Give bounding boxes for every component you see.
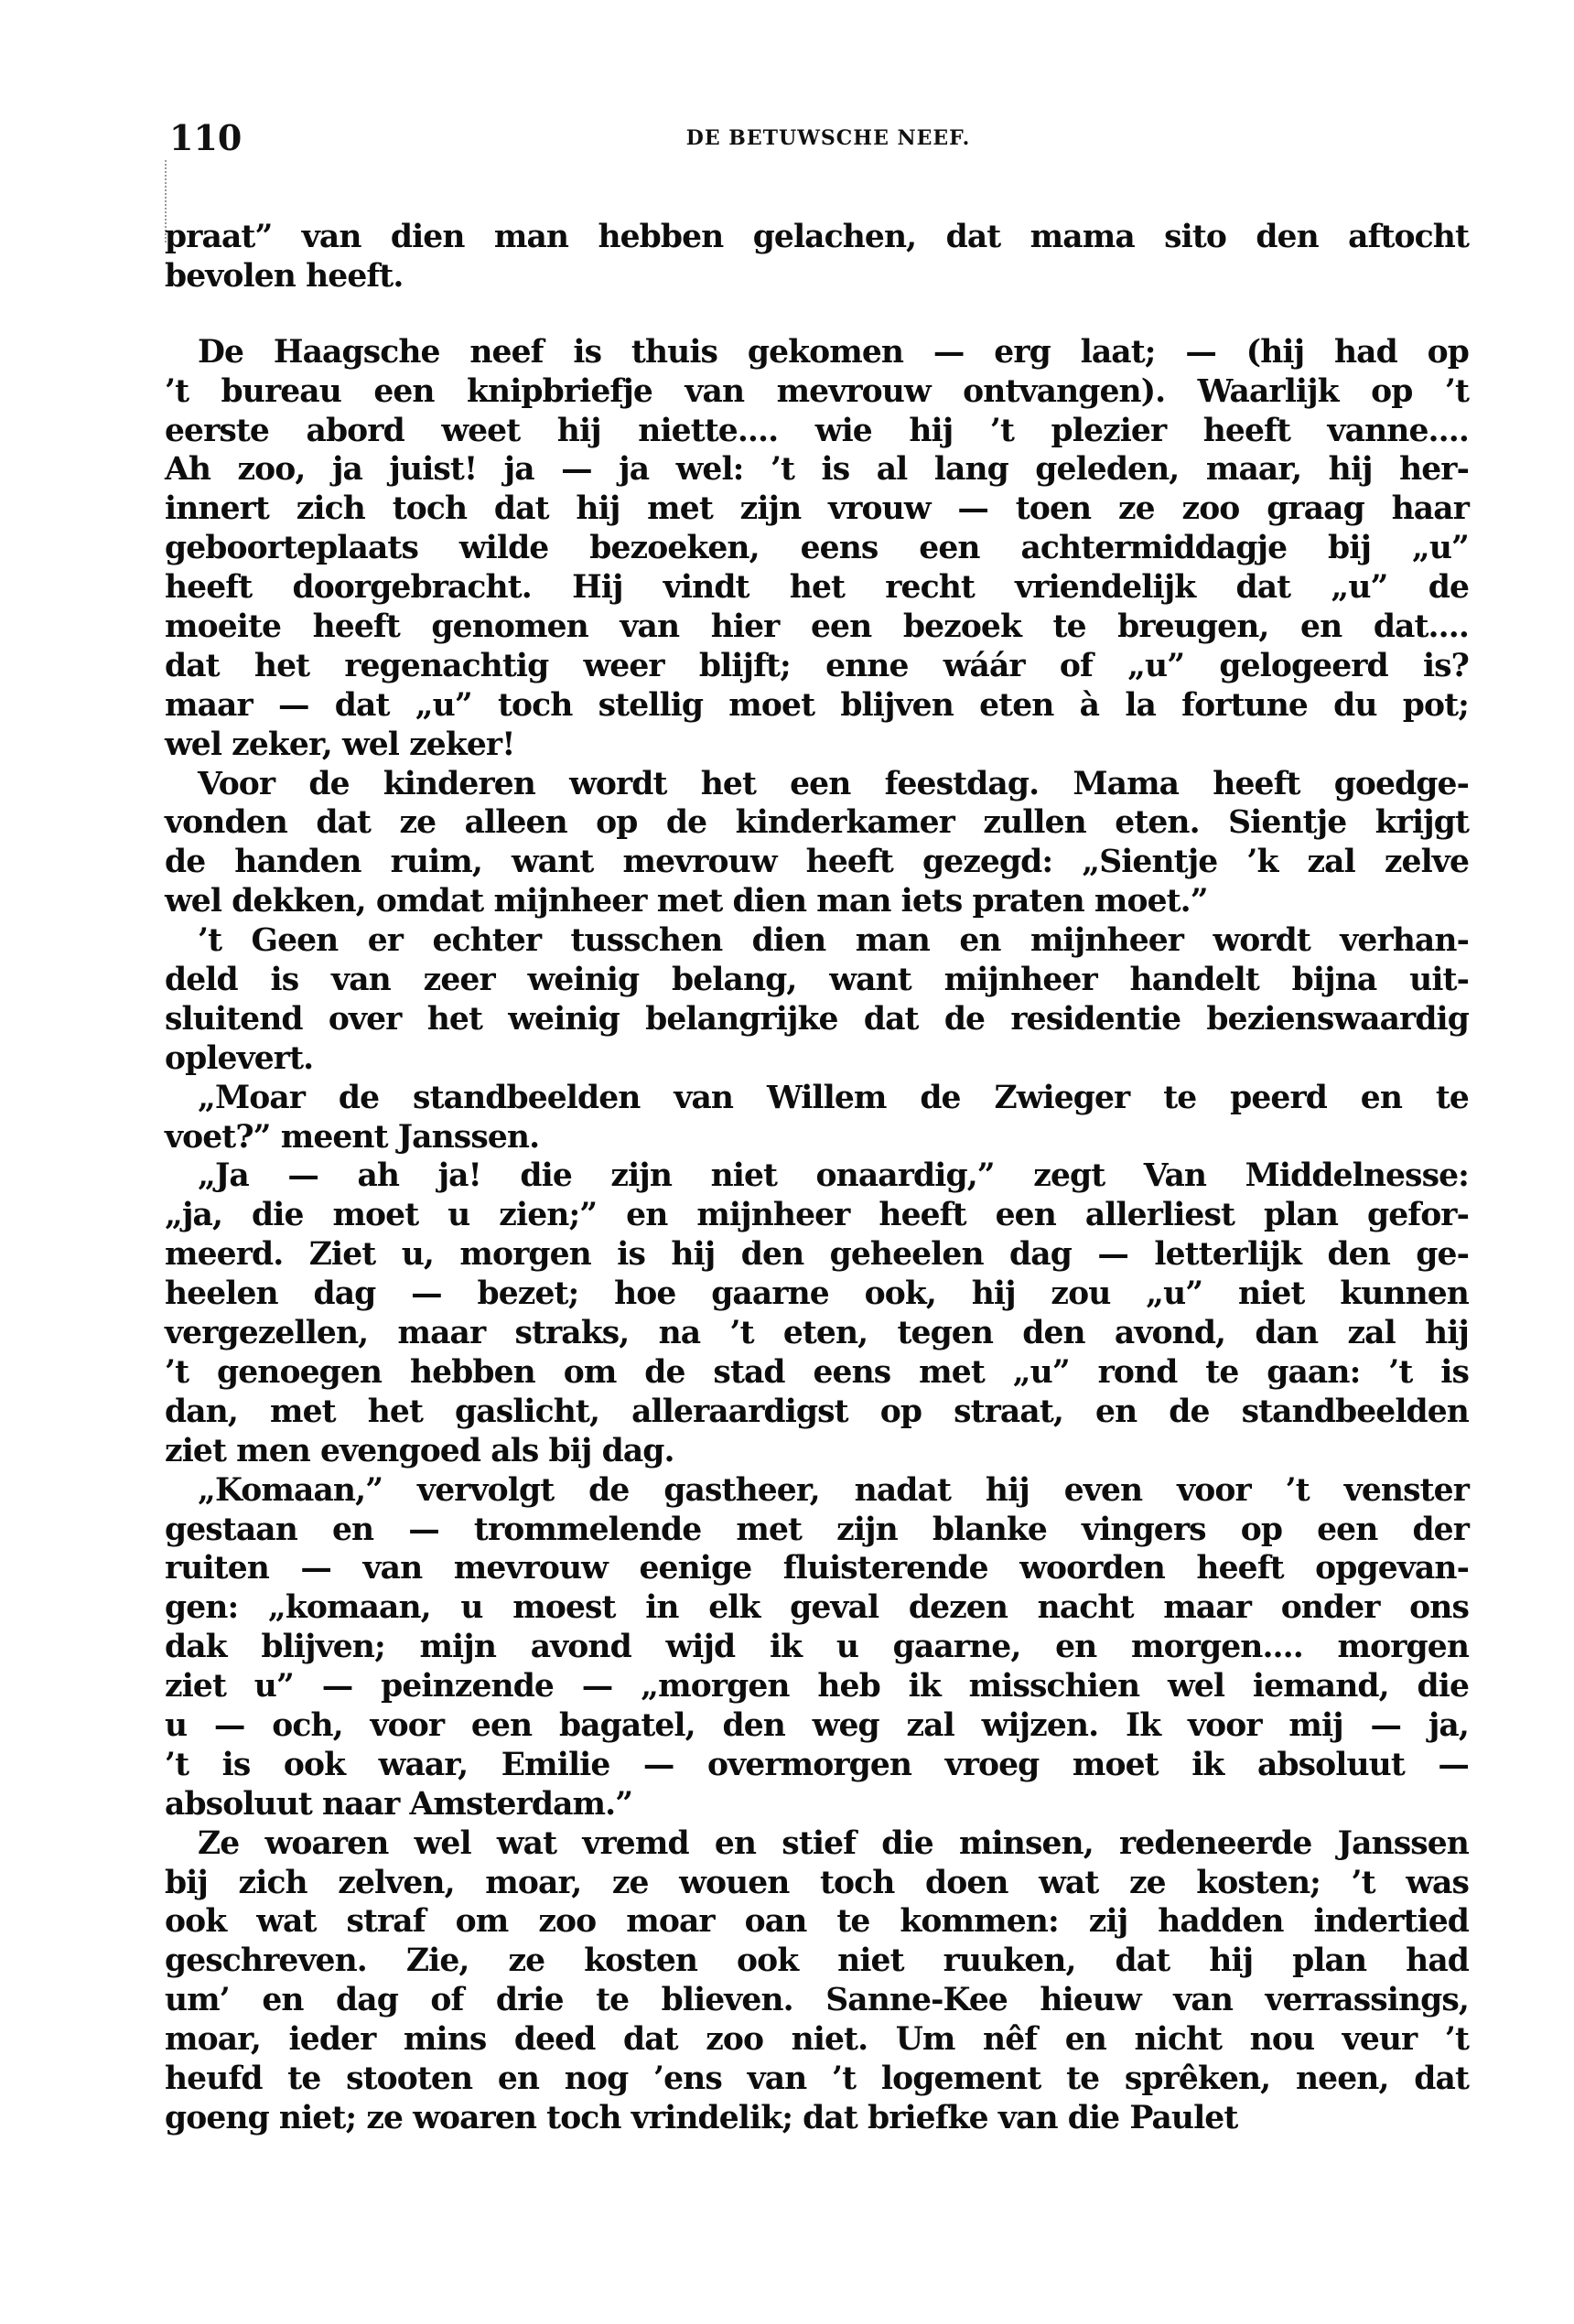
text-line: De Haagsche neef is thuis gekomen — erg … bbox=[165, 333, 1469, 372]
text-line: ziet men evengoed als bij dag. bbox=[165, 1432, 1469, 1471]
text-line: heufd te stooten en nog ’ens van ’t loge… bbox=[165, 2060, 1469, 2099]
text-line: geschreven. Zie, ze kosten ook niet ruuk… bbox=[165, 1942, 1469, 1981]
text-line: geboorteplaats wilde bezoeken, eens een … bbox=[165, 529, 1469, 568]
text-line: bij zich zelven, moar, ze wouen toch doe… bbox=[165, 1864, 1469, 1903]
text-line: ook wat straf om zoo moar oan te kommen:… bbox=[165, 1902, 1469, 1942]
text-line: oplevert. bbox=[165, 1039, 1469, 1079]
text-line: goeng niet; ze woaren toch vrindelik; da… bbox=[165, 2099, 1469, 2138]
paragraph: „Ja — ah ja! die zijn niet onaardig,” ze… bbox=[165, 1157, 1469, 1470]
text-line: dak blijven; mijn avond wijd ik u gaarne… bbox=[165, 1628, 1469, 1667]
text-line: absoluut naar Amsterdam.” bbox=[165, 1785, 1469, 1824]
paragraph: De Haagsche neef is thuis gekomen — erg … bbox=[165, 333, 1469, 765]
paragraph: ’t Geen er echter tusschen dien man en m… bbox=[165, 921, 1469, 1079]
text-line: ’t is ook waar, Emilie — overmorgen vroe… bbox=[165, 1746, 1469, 1785]
running-head: 110 DE BETUWSCHE NEEF. bbox=[169, 117, 1469, 163]
text-line: de handen ruim, want mevrouw heeft gezeg… bbox=[165, 843, 1469, 882]
text-line: heeft doorgebracht. Hij vindt het recht … bbox=[165, 568, 1469, 608]
paragraph: Voor de kinderen wordt het een feestdag.… bbox=[165, 765, 1469, 922]
text-line: ’t genoegen hebben om de stad eens met „… bbox=[165, 1353, 1469, 1393]
paragraph: „Moar de standbeelden van Willem de Zwie… bbox=[165, 1079, 1469, 1157]
text-line: voet?” meent Janssen. bbox=[165, 1118, 1469, 1157]
text-line: um’ en dag of drie te blieven. Sanne-Kee… bbox=[165, 1981, 1469, 2020]
text-line: vonden dat ze alleen op de kinderkamer z… bbox=[165, 803, 1469, 843]
text-line: Ze woaren wel wat vremd en stief die min… bbox=[165, 1824, 1469, 1864]
text-line: maar — dat „u” toch stellig moet blijven… bbox=[165, 686, 1469, 726]
text-line: dat het regenachtig weer blijft; enne wá… bbox=[165, 647, 1469, 686]
paragraph: „Komaan,” vervolgt de gastheer, nadat hi… bbox=[165, 1471, 1469, 1824]
text-line: wel dekken, omdat mijnheer met dien man … bbox=[165, 882, 1469, 921]
text-line: „Moar de standbeelden van Willem de Zwie… bbox=[165, 1079, 1469, 1118]
text-line: praat” van dien man hebben gelachen, dat… bbox=[165, 218, 1469, 257]
text-line: ’t bureau een knipbriefje van mevrouw on… bbox=[165, 372, 1469, 412]
text-line: „ja, die moet u zien;” en mijnheer heeft… bbox=[165, 1196, 1469, 1235]
text-line: sluitend over het weinig belangrijke dat… bbox=[165, 1000, 1469, 1039]
text-line: bevolen heeft. bbox=[165, 257, 1469, 296]
paragraph: Ze woaren wel wat vremd en stief die min… bbox=[165, 1824, 1469, 2138]
text-line: dan, met het gaslicht, alleraardigst op … bbox=[165, 1393, 1469, 1432]
text-line: ruiten — van mevrouw eenige fluisterende… bbox=[165, 1549, 1469, 1588]
text-line: innert zich toch dat hij met zijn vrouw … bbox=[165, 490, 1469, 529]
text-line: Voor de kinderen wordt het een feestdag.… bbox=[165, 765, 1469, 804]
text-line: „Komaan,” vervolgt de gastheer, nadat hi… bbox=[165, 1471, 1469, 1511]
text-line: meerd. Ziet u, morgen is hij den geheele… bbox=[165, 1235, 1469, 1275]
text-line: Ah zoo, ja juist! ja — ja wel: ’t is al … bbox=[165, 450, 1469, 490]
page-body: praat” van dien man hebben gelachen, dat… bbox=[165, 218, 1469, 2138]
text-line: ziet u” — peinzende — „morgen heb ik mis… bbox=[165, 1667, 1469, 1706]
text-line: gen: „komaan, u moest in elk geval dezen… bbox=[165, 1588, 1469, 1628]
paragraph: praat” van dien man hebben gelachen, dat… bbox=[165, 218, 1469, 296]
text-line: moeite heeft genomen van hier een bezoek… bbox=[165, 608, 1469, 647]
text-line: deld is van zeer weinig belang, want mij… bbox=[165, 961, 1469, 1000]
text-line: heelen dag — bezet; hoe gaarne ook, hij … bbox=[165, 1275, 1469, 1314]
text-line: „Ja — ah ja! die zijn niet onaardig,” ze… bbox=[165, 1157, 1469, 1196]
paragraph-gap bbox=[165, 296, 1469, 333]
text-line: vergezellen, maar straks, na ’t eten, te… bbox=[165, 1314, 1469, 1353]
book-page: 110 DE BETUWSCHE NEEF. praat” van dien m… bbox=[0, 0, 1574, 2324]
text-line: wel zeker, wel zeker! bbox=[165, 726, 1469, 765]
text-line: u — och, voor een bagatel, den weg zal w… bbox=[165, 1706, 1469, 1746]
running-title: DE BETUWSCHE NEEF. bbox=[169, 126, 1469, 150]
text-line: ’t Geen er echter tusschen dien man en m… bbox=[165, 921, 1469, 961]
text-line: gestaan en — trommelende met zijn blanke… bbox=[165, 1511, 1469, 1550]
text-line: eerste abord weet hij niette.... wie hij… bbox=[165, 412, 1469, 451]
text-line: moar, ieder mins deed dat zoo niet. Um n… bbox=[165, 2020, 1469, 2060]
